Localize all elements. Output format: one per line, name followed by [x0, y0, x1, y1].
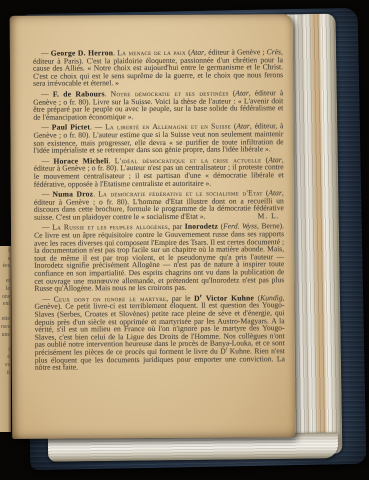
book-photo: t s ées et le ons ent ette rses une t é …: [0, 0, 369, 480]
paragraph: — Horace Micheli. L'idéal démocratique e…: [34, 156, 284, 188]
paragraph: — George D. Herron. La menace de la paix…: [33, 48, 283, 87]
left-page-sliver: t s ées et le ons ent ette rses une t é …: [0, 246, 11, 432]
paragraph: — Ceux dont on ignore le martyre, par le…: [34, 294, 284, 371]
paragraph: — La Russie et les peuples allogènes, pa…: [34, 223, 284, 293]
left-page-sliver-text: t s ées et le ons ent ette rses une t é …: [0, 248, 10, 377]
paragraph: — Numa Droz. La démocratie fédérative et…: [34, 189, 284, 221]
scanned-page: — George D. Herron. La menace de la paix…: [10, 14, 296, 439]
page-text: — George D. Herron. La menace de la paix…: [33, 48, 285, 374]
paragraph: — Paul Pictet. — La liberté en Allemagne…: [33, 123, 283, 155]
paragraph: — F. de Rabours. Notre démocratie et ses…: [33, 89, 283, 121]
